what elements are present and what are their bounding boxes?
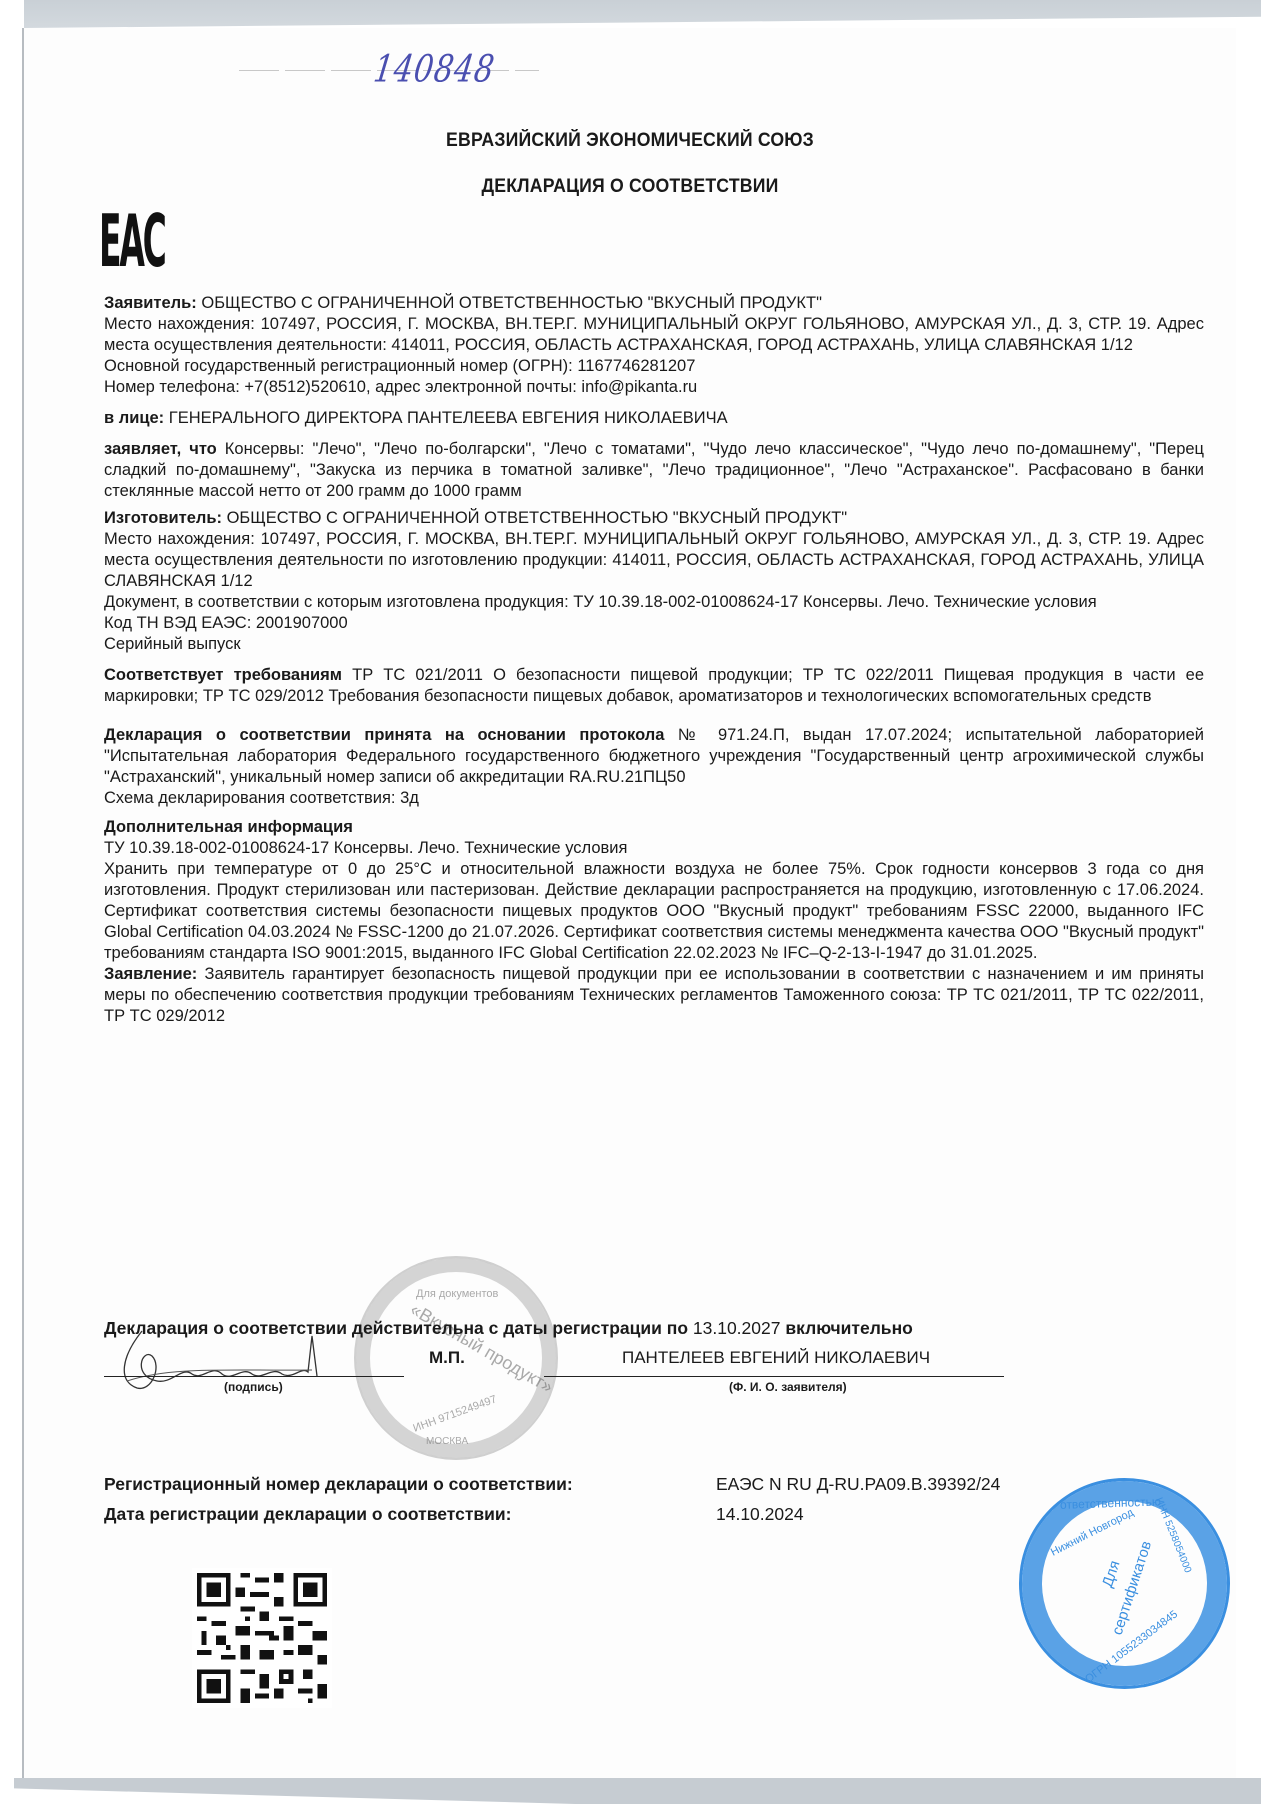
cert-stamp-outer: ответственностью (1060, 1494, 1161, 1512)
statement: Заявление: Заявитель гарантирует безопас… (104, 964, 1204, 1027)
registration-date-label: Дата регистрации декларации о соответств… (104, 1504, 512, 1525)
handwritten-number: 140848 (371, 48, 498, 92)
declares: заявляет, что Консервы: "Лечо", "Лечо по… (104, 439, 1204, 502)
manufacturer-name: ОБЩЕСТВО С ОГРАНИЧЕННОЙ ОТВЕТСТВЕННОСТЬЮ… (222, 509, 847, 527)
cert-stamp-center-2: сертификатов (1109, 1539, 1155, 1637)
statement-label: Заявление: (104, 965, 197, 983)
additional-tu: ТУ 10.39.18-002-01008624-17 Консервы. Ле… (104, 838, 1204, 859)
qr-code[interactable] (192, 1568, 332, 1708)
cert-stamp-ogrn: ОГРН 1055233034845 (1083, 1608, 1180, 1685)
declares-label: заявляет, что (104, 440, 217, 458)
cert-stamp-city: Нижний Новгород (1049, 1507, 1136, 1559)
name-line (544, 1376, 1004, 1377)
additional-text: Хранить при температуре от 0 до 25°С и о… (104, 859, 1204, 964)
scan-bottom-edge (14, 1778, 1261, 1804)
conforms-requirements: Соответствует требованиям ТР ТС 021/2011… (104, 665, 1204, 707)
applicant-section: Заявитель: ОБЩЕСТВО С ОГРАНИЧЕННОЙ ОТВЕТ… (104, 293, 1204, 1027)
declaration-page: 140848 ЕВРАЗИЙСКИЙ ЭКОНОМИЧЕСКИЙ СОЮЗ ДЕ… (22, 28, 1236, 1780)
applicant-full-name: ПАНТЕЛЕЕВ ЕВГЕНИЙ НИКОЛАЕВИЧ (622, 1348, 930, 1368)
manufacturer-document: Документ, в соответствии с которым изгот… (104, 592, 1204, 613)
union-title: ЕВРАЗИЙСКИЙ ЭКОНОМИЧЕСКИЙ СОЮЗ (66, 130, 1193, 152)
registration-number-value: ЕАЭС N RU Д-RU.PA09.B.39392/24 (716, 1474, 1000, 1495)
signature-line (104, 1376, 404, 1377)
scan-left-margin (0, 0, 14, 1804)
company-stamp-inn: ИНН 9715249497 (412, 1393, 499, 1434)
validity-suffix: включительно (780, 1318, 912, 1338)
company-stamp-inner-top: Для документов (416, 1288, 498, 1300)
represented-by-label: в лице: (104, 409, 164, 427)
certification-stamp: ответственностью Нижний Новгород ИНН 525… (999, 1458, 1249, 1708)
represented-by-value: ГЕНЕРАЛЬНОГО ДИРЕКТОРА ПАНТЕЛЕЕВА ЕВГЕНИ… (164, 409, 727, 427)
seal-place-label: М.П. (429, 1348, 465, 1368)
cert-stamp-center-1: Для (1099, 1559, 1124, 1590)
manufacturer-label: Изготовитель: (104, 509, 222, 527)
represented-by: в лице: ГЕНЕРАЛЬНОГО ДИРЕКТОРА ПАНТЕЛЕЕВ… (104, 408, 1204, 429)
validity-date: 13.10.2027 (693, 1318, 781, 1338)
registration-number-label: Регистрационный номер декларации о соотв… (104, 1474, 573, 1495)
applicant-line: Заявитель: ОБЩЕСТВО С ОГРАНИЧЕННОЙ ОТВЕТ… (104, 293, 1204, 314)
tn-ved-code: Код ТН ВЭД ЕАЭС: 2001907000 (104, 613, 1204, 634)
registration-date-value: 14.10.2024 (716, 1504, 804, 1525)
additional-info-heading: Дополнительная информация (104, 817, 1204, 838)
declares-value: Консервы: "Лечо", "Лечо по-болгарски", "… (104, 440, 1204, 500)
company-stamp-city: МОСКВА (426, 1436, 468, 1447)
declaration-scheme: Схема декларирования соответствия: 3д (104, 788, 1204, 809)
applicant-address: Место нахождения: 107497, РОССИЯ, Г. МОС… (104, 314, 1204, 356)
applicant-label: Заявитель: (104, 294, 197, 312)
name-caption: (Ф. И. О. заявителя) (729, 1380, 847, 1394)
release-type: Серийный выпуск (104, 634, 1204, 655)
conforms-label: Соответствует требованиям (104, 666, 342, 684)
signature-caption: (подпись) (224, 1380, 283, 1394)
manufacturer-address: Место нахождения: 107497, РОССИЯ, Г. МОС… (104, 529, 1204, 592)
declaration-basis: Декларация о соответствии принята на осн… (104, 725, 1204, 788)
additional-info-label: Дополнительная информация (104, 818, 353, 836)
manufacturer-line: Изготовитель: ОБЩЕСТВО С ОГРАНИЧЕННОЙ ОТ… (104, 508, 1204, 529)
document-title: ДЕКЛАРАЦИЯ О СООТВЕТСТВИИ (66, 176, 1193, 198)
eac-logo: ЕАС (99, 206, 165, 278)
applicant-ogrn: Основной государственный регистрационный… (104, 356, 1204, 377)
applicant-contacts: Номер телефона: +7(8512)520610, адрес эл… (104, 377, 1204, 398)
statement-value: Заявитель гарантирует безопасность пищев… (104, 965, 1204, 1025)
cert-stamp-inn: ИНН 5258054000 (1153, 1496, 1193, 1574)
scan-top-edge (24, 0, 1261, 28)
applicant-name: ОБЩЕСТВО С ОГРАНИЧЕННОЙ ОТВЕТСТВЕННОСТЬЮ… (197, 294, 822, 312)
basis-label: Декларация о соответствии принята на осн… (104, 726, 664, 744)
